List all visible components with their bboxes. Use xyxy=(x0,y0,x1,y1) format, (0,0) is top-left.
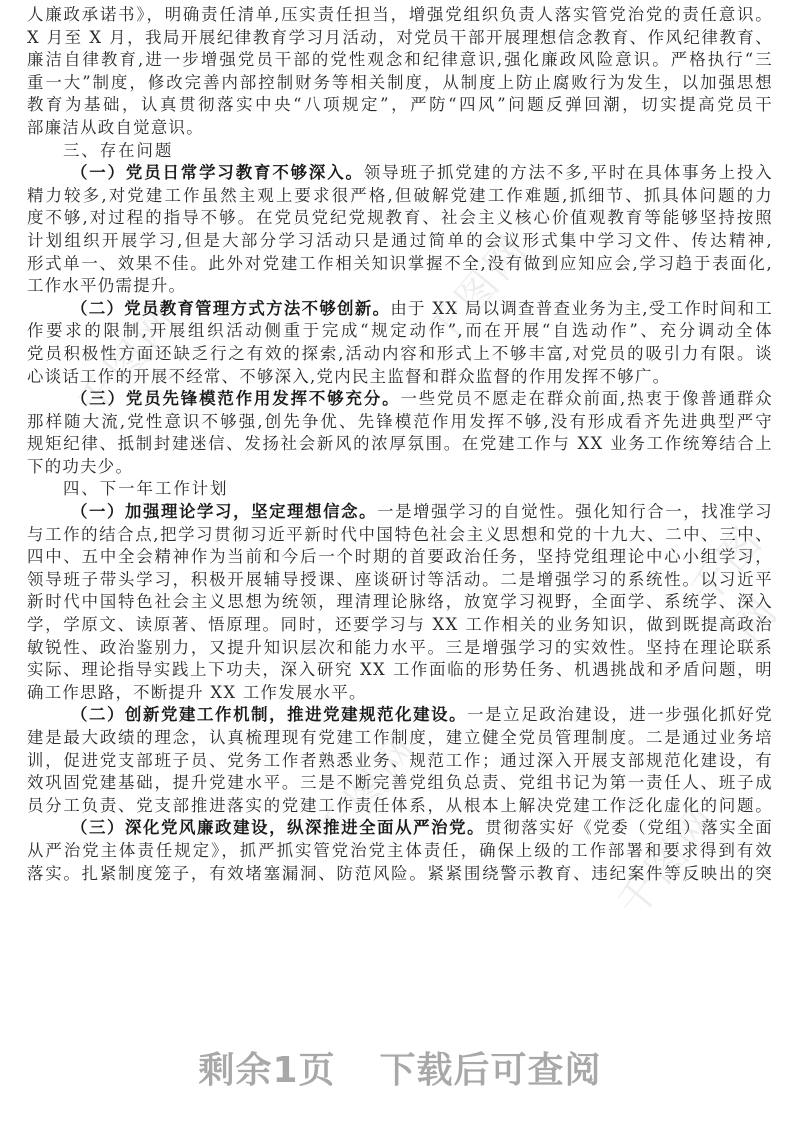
paragraph-line: 形式单一、效果不佳。此外对党建工作相关知识掌握不全,没有做到应知应会,学习趋于表… xyxy=(27,253,773,276)
paragraph-text: 一是增强学习的自觉性。强化知行合一，找准学习 xyxy=(377,502,773,521)
paragraph-line: 重一大”制度，修改完善内部控制财务等相关制度，从制度上防止腐败行为发生，以加强思… xyxy=(27,72,773,95)
paragraph-line: 训，促进党支部班子员、党务工作者熟悉业务、规范工作；通过深入开展支部规范化建设，… xyxy=(27,750,773,773)
paragraph-line: 新时代中国特色社会主义思想为统领，理清理论脉络，放宽学习视野，全面学、系统学、深… xyxy=(27,591,773,614)
paragraph-line: 作要求的限制,开展组织活动侧重于完成“规定动作”,而在开展“自选动作”、充分调动… xyxy=(27,320,773,343)
subsection-heading: （二）创新党建工作机制，推进党建规范化建设。 xyxy=(71,705,467,724)
paragraph-text: 一是立足政治建设，进一步强化抓好党 xyxy=(467,705,773,724)
download-prompt[interactable]: 剩余1页下载后可查阅 xyxy=(0,1042,800,1093)
paragraph-line: 人廉政承诺书》，明确责任清单,压实责任担当，增强党组织负责人落实管党治党的责任意… xyxy=(27,4,773,27)
paragraph-line: 廉洁自律教育,进一步增强党员干部的党性观念和纪律意识,强化廉政风险意识。严格执行… xyxy=(27,49,773,72)
paragraph-line: 精力较多,对党建工作虽然主观上要求很严格,但破解党建工作难题,抓细节、抓具体问题… xyxy=(27,185,773,208)
paragraph-line: 下的功夫少。 xyxy=(27,456,773,479)
paragraph-line: 计划组织开展学习,但是大部分学习活动只是通过简单的会议形式集中学习文件、传达精神… xyxy=(27,230,773,253)
paragraph-line: 敏锐性、政治鉴别力，又提升知识层次和能力水平。三是增强学习的实效性。坚持在理论联… xyxy=(27,637,773,660)
subsection-heading: （二）党员教育管理方式方法不够创新。 xyxy=(71,299,390,318)
paragraph-first-line: （三）深化党风廉政建设，纵深推进全面从严治党。贯彻落实好《党委（党组）落实全面 xyxy=(27,817,773,840)
paragraph-text: 领导班子抓党建的方法不多,平时在具体事务上投入 xyxy=(364,163,773,182)
section-heading: 三、存在问题 xyxy=(27,140,773,163)
paragraph-line: 规矩纪律、抵制封建迷信、发扬社会新风的浓厚氛围。在党建工作与 XX 业务工作统筹… xyxy=(27,433,773,456)
paragraph-line: 员分工负责、党支部推进落实的党建工作责任体系，从根本上解决党建工作泛化虚化的问题… xyxy=(27,795,773,818)
section-heading: 四、下一年工作计划 xyxy=(27,478,773,501)
paragraph-line: 确工作思路，不断提升 XX 工作发展水平。 xyxy=(27,682,773,705)
remaining-pages-label: 剩余1页 xyxy=(198,1050,335,1091)
paragraph-first-line: （三）党员先锋模范作用发挥不够充分。一些党员不愿走在群众前面,热衷于像普通群众 xyxy=(27,388,773,411)
paragraph-text: 贯彻落实好《党委（党组）落实全面 xyxy=(485,818,773,837)
paragraph-line: 心谈话工作的开展不经常、不够深入,党内民主监督和群众监督的作用发挥不够广。 xyxy=(27,366,773,389)
paragraph-line: 建是最大政绩的理念，认真梳理现有党建工作制度，建立健全党员管理制度。二是通过业务… xyxy=(27,727,773,750)
paragraph-line: 从严治党主体责任规定》，抓严抓实管党治党主体责任，确保上级的工作部署和要求得到有… xyxy=(27,840,773,863)
paragraph-text: 一些党员不愿走在群众前面,热衷于像普通群众 xyxy=(400,389,773,408)
paragraph-line: 实际、理论指导实践上下功夫，深入研究 XX 工作面临的形势任务、机遇挑战和矛盾问… xyxy=(27,659,773,682)
paragraph-line: 四中、五中全会精神作为当前和今后一个时期的首要政治任务，坚持党组理论中心小组学习… xyxy=(27,546,773,569)
paragraph-line: 领导班子带头学习，积极开展辅导授课、座谈研讨等活动。二是增强学习的系统性。以习近… xyxy=(27,569,773,592)
subsection-heading: （一）加强理论学习，坚定理想信念。 xyxy=(71,502,377,521)
subsection-heading: （一）党员日常学习教育不够深入。 xyxy=(71,163,364,182)
paragraph-first-line: （一）加强理论学习，坚定理想信念。一是增强学习的自觉性。强化知行合一，找准学习 xyxy=(27,501,773,524)
paragraph-line: 党员积极性方面还缺乏行之有效的探索,活动内容和形式上不够丰富,对党员的吸引力有限… xyxy=(27,343,773,366)
subsection-heading: （三）深化党风廉政建设，纵深推进全面从严治党。 xyxy=(71,818,485,837)
paragraph-line: 那样随大流,党性意识不够强,创先争优、先锋模范作用发挥不够,没有形成看齐先进典型… xyxy=(27,411,773,434)
paragraph-first-line: （二）创新党建工作机制，推进党建规范化建设。一是立足政治建设，进一步强化抓好党 xyxy=(27,704,773,727)
document-body: 人廉政承诺书》，明确责任清单,压实责任担当，增强党组织负责人落实管党治党的责任意… xyxy=(27,4,773,885)
paragraph-line: 教育为基础，认真贯彻落实中央“八项规定”，严防“四风”问题反弹回潮，切实提高党员… xyxy=(27,94,773,117)
paragraph-line: 与工作的结合点,把学习贯彻习近平新时代中国特色社会主义思想和党的十九大、二中、三… xyxy=(27,524,773,547)
paragraph-line: 效巩固党建基础，提升党建水平。三是不断完善党组负总责、党组书记为第一责任人、班子… xyxy=(27,772,773,795)
paragraph-line: 工作水平仍需提升。 xyxy=(27,275,773,298)
paragraph-line: 度不够,对过程的指导不够。在党员党纪党规教育、社会主义核心价值观教育等能够坚持按… xyxy=(27,207,773,230)
paragraph-line: 部廉洁从政自觉意识。 xyxy=(27,117,773,140)
download-to-view-label: 下载后可查阅 xyxy=(380,1050,602,1091)
subsection-heading: （三）党员先锋模范作用发挥不够充分。 xyxy=(71,389,400,408)
paragraph-line: 落实。扎紧制度笼子，有效堵塞漏洞、防范风险。紧紧围绕警示教育、违纪案件等反映出的… xyxy=(27,863,773,886)
paragraph-line: 学，学原文、读原著、悟原理。同时，还要学习与 XX 工作相关的业务知识，做到既提… xyxy=(27,614,773,637)
paragraph-first-line: （二）党员教育管理方式方法不够创新。由于 XX 局以调查普查业务为主,受工作时间… xyxy=(27,298,773,321)
paragraph-text: 由于 XX 局以调查普查业务为主,受工作时间和工 xyxy=(390,299,773,318)
paragraph-line: X 月至 X 月，我局开展纪律教育学习月活动，对党员干部开展理想信念教育、作风纪… xyxy=(27,27,773,50)
paragraph-first-line: （一）党员日常学习教育不够深入。领导班子抓党建的方法不多,平时在具体事务上投入 xyxy=(27,162,773,185)
